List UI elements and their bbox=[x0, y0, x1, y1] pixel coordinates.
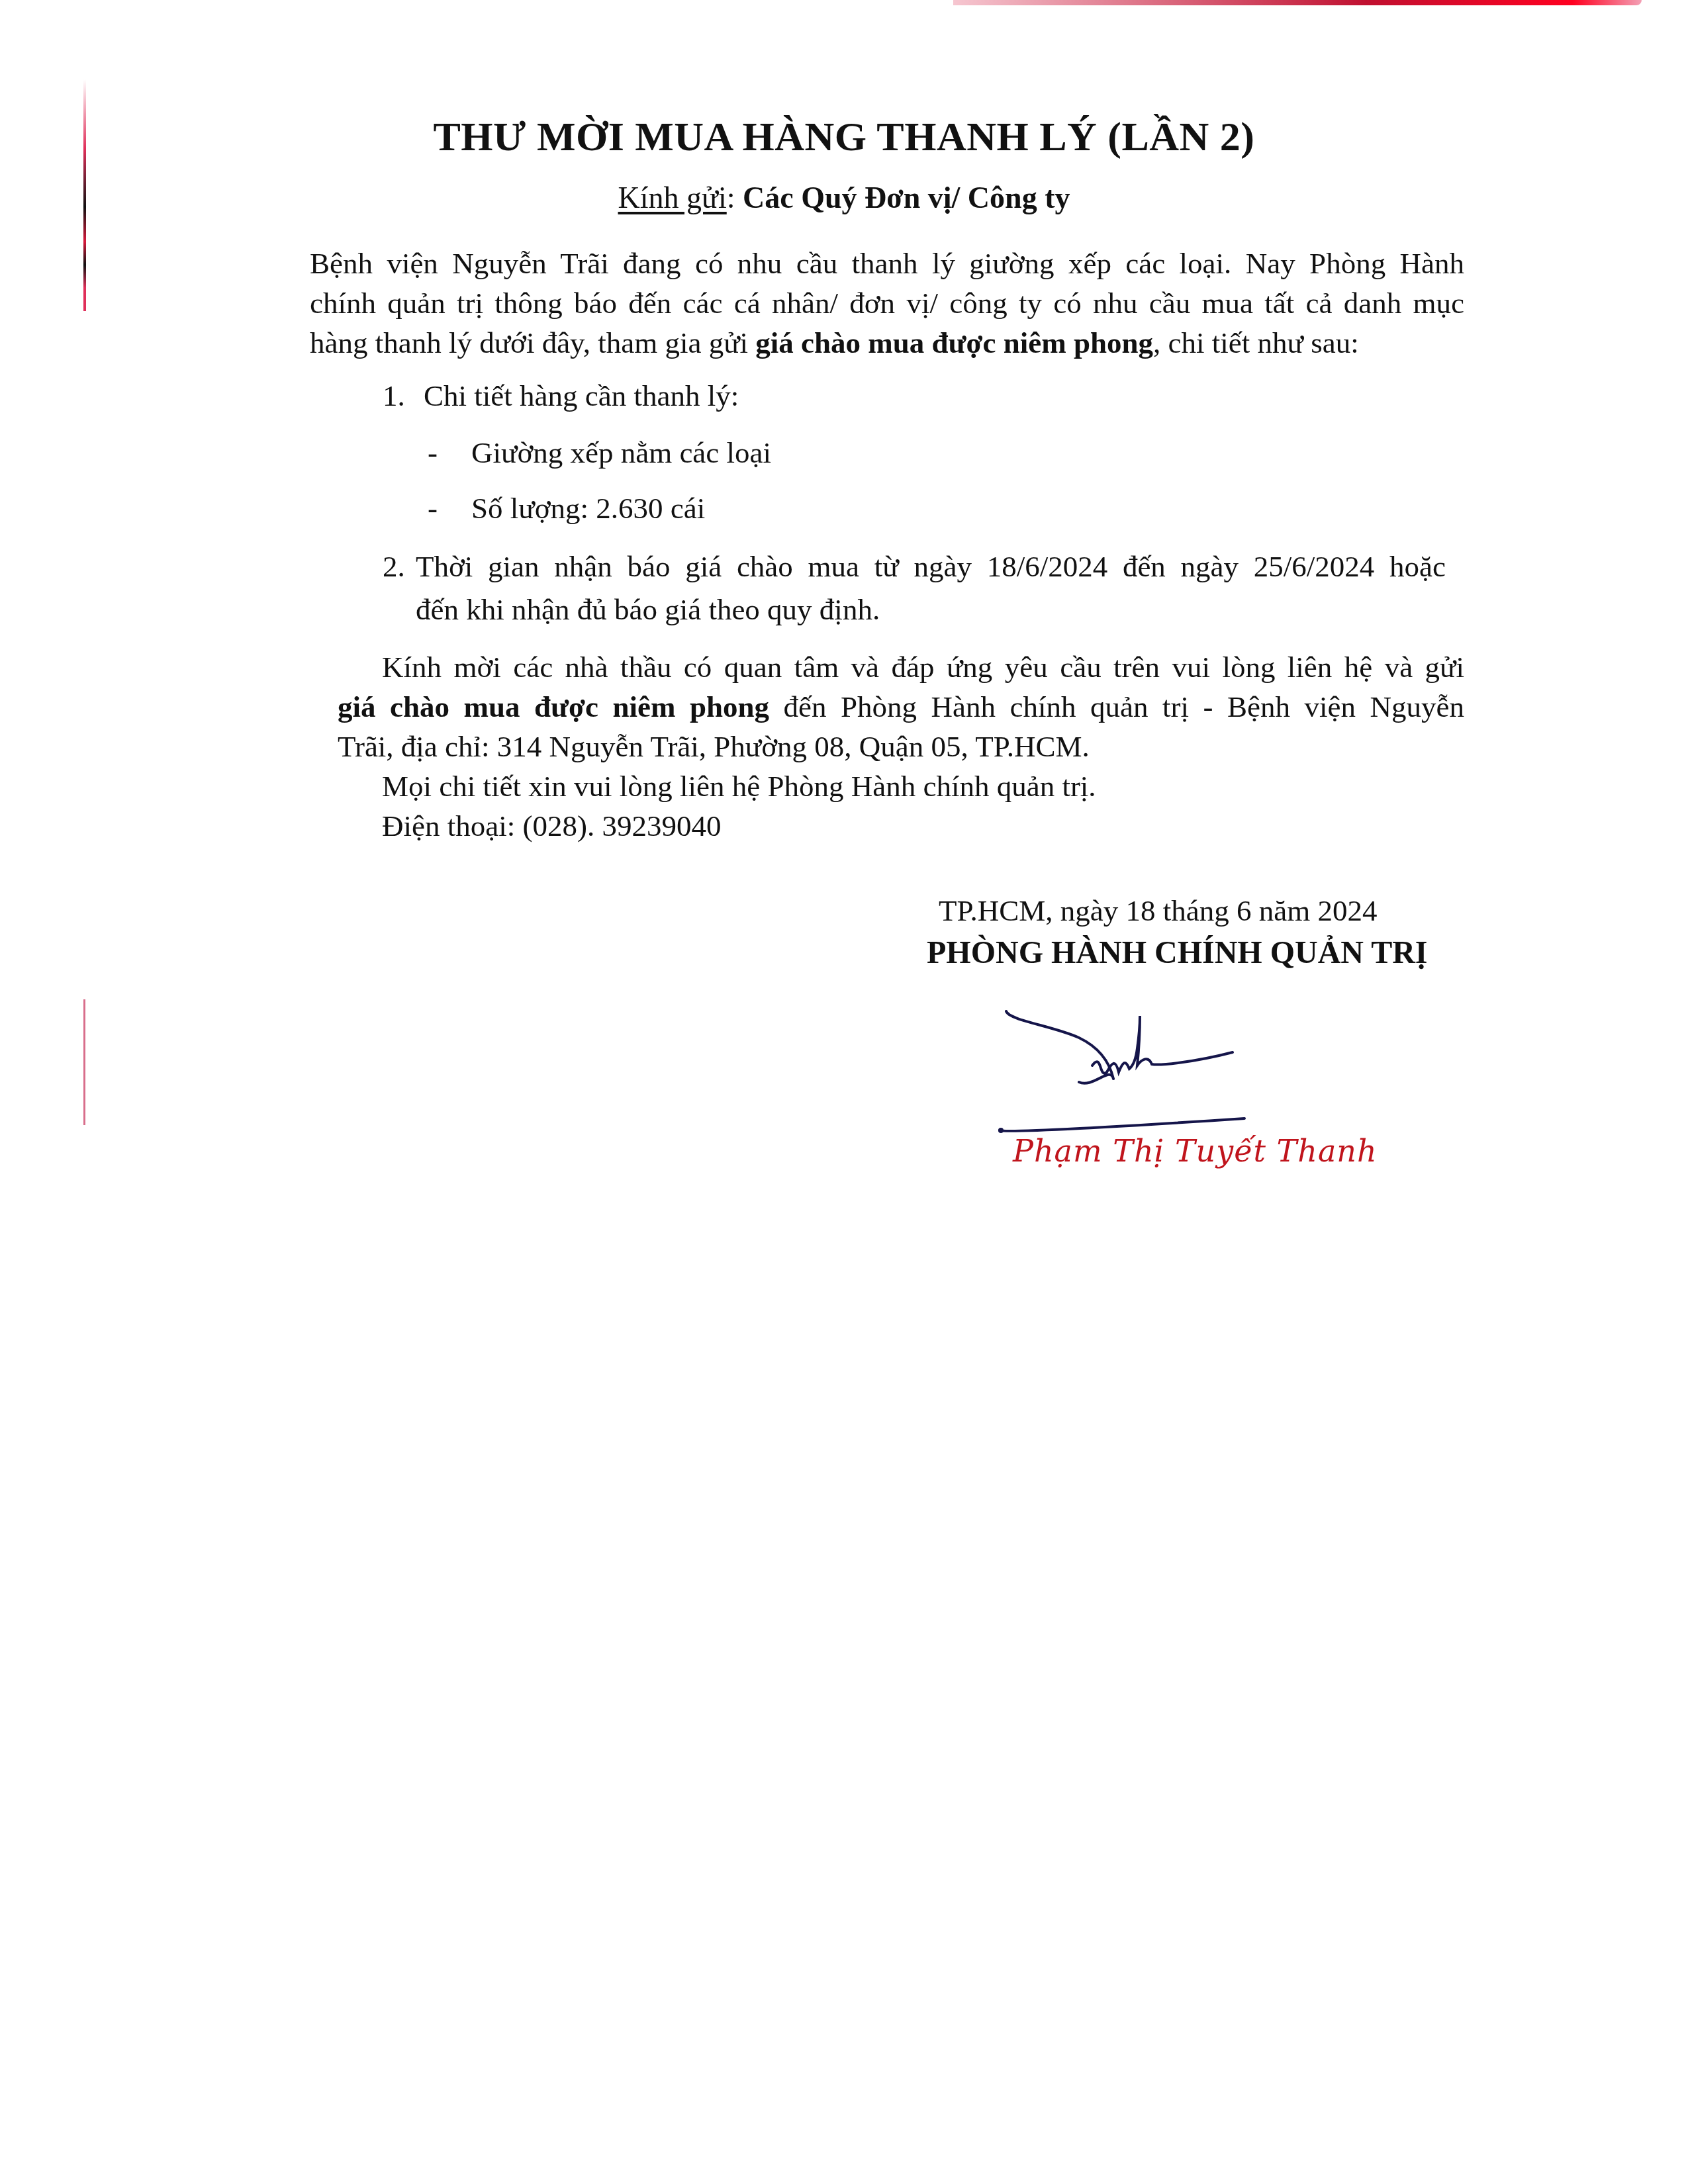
place-date: TP.HCM, ngày 18 tháng 6 năm 2024 bbox=[939, 893, 1377, 928]
invitation-contact-note: Mọi chi tiết xin vui lòng liên hệ Phòng … bbox=[382, 769, 1096, 803]
intro-line-3: hàng thanh lý dưới đây, tham gia gửi giá… bbox=[310, 326, 1359, 360]
subitem-2-bullet: - bbox=[428, 491, 438, 525]
salutation-label: Kính gửi bbox=[618, 181, 727, 214]
salutation: Kính gửi: Các Quý Đơn vị/ Công ty bbox=[0, 180, 1688, 215]
invitation-line-2-post: đến Phòng Hành chính quản trị - Bệnh việ… bbox=[769, 690, 1464, 723]
salutation-recipient: Các Quý Đơn vị/ Công ty bbox=[743, 181, 1070, 214]
subitem-1-text: Giường xếp nằm các loại bbox=[471, 435, 771, 470]
phone-number: Điện thoại: (028). 39239040 bbox=[382, 809, 721, 843]
intro-line-1: Bệnh viện Nguyễn Trãi đang có nhu cầu th… bbox=[310, 246, 1464, 281]
subitem-2-text: Số lượng: 2.630 cái bbox=[471, 491, 705, 525]
intro-line-3-pre: hàng thanh lý dưới đây, tham gia gửi bbox=[310, 326, 755, 359]
signer-name: Phạm Thị Tuyết Thanh bbox=[1013, 1133, 1378, 1169]
intro-emphasis: giá chào mua được niêm phong bbox=[755, 326, 1153, 359]
invitation-emphasis: giá chào mua được niêm phong bbox=[338, 690, 769, 723]
list-item-1-number: 1. bbox=[383, 379, 405, 413]
list-item-2-number: 2. bbox=[383, 549, 405, 584]
salutation-separator: : bbox=[727, 181, 743, 214]
invitation-address: Trãi, địa chỉ: 314 Nguyễn Trãi, Phường 0… bbox=[338, 729, 1090, 764]
list-item-2-continuation: đến khi nhận đủ báo giá theo quy định. bbox=[416, 592, 880, 627]
list-item-2-text: Thời gian nhận báo giá chào mua từ ngày … bbox=[416, 549, 1446, 584]
intro-line-2: chính quản trị thông báo đến các cá nhân… bbox=[310, 286, 1464, 320]
department-name: PHÒNG HÀNH CHÍNH QUẢN TRỊ bbox=[927, 934, 1428, 971]
scan-edge-artifact-left-lower bbox=[83, 999, 85, 1125]
list-item-1-text: Chi tiết hàng cần thanh lý: bbox=[424, 379, 739, 413]
intro-line-3-post: , chi tiết như sau: bbox=[1153, 326, 1359, 359]
document-title: THƯ MỜI MUA HÀNG THANH LÝ (LẦN 2) bbox=[0, 114, 1688, 161]
scan-edge-artifact-top bbox=[953, 0, 1642, 5]
handwritten-signature bbox=[960, 979, 1357, 1152]
invitation-line-1: Kính mời các nhà thầu có quan tâm và đáp… bbox=[382, 650, 1464, 684]
subitem-1-bullet: - bbox=[428, 435, 438, 470]
invitation-line-2: giá chào mua được niêm phong đến Phòng H… bbox=[338, 690, 1464, 724]
